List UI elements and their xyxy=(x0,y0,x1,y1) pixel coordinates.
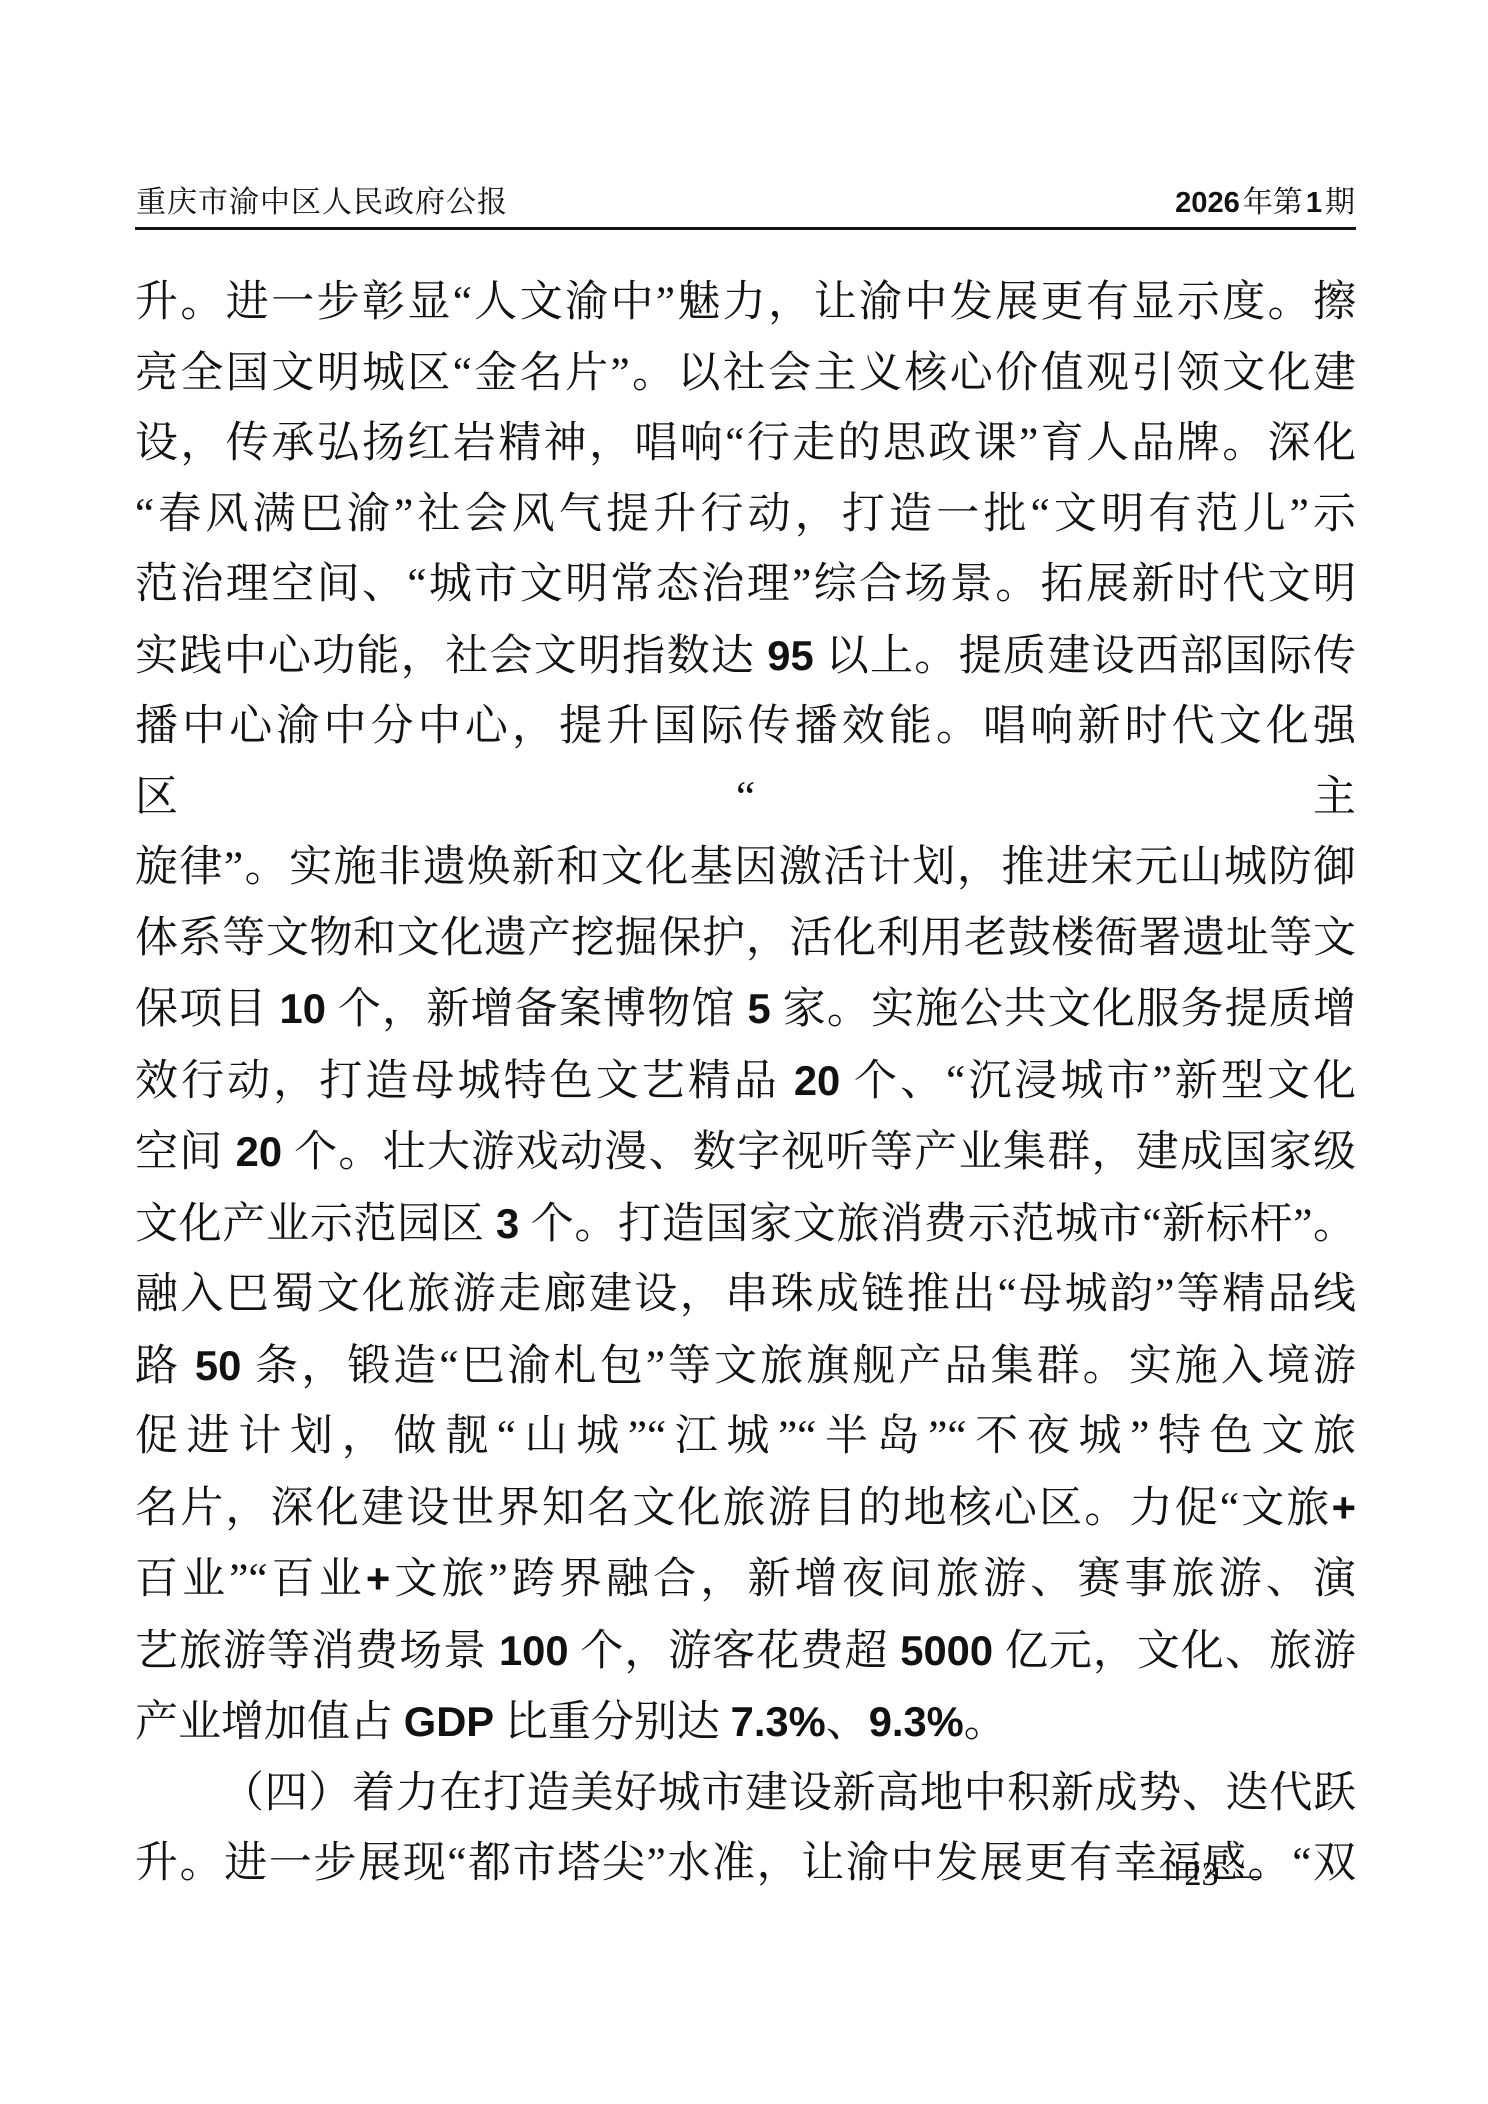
body-line: 范治理空间、“城市文明常态治理”综合场景。拓展新时代文明 xyxy=(135,550,1356,621)
body-line: 百业”“百业+文旅”跨界融合，新增夜间旅游、赛事旅游、演 xyxy=(135,1544,1356,1616)
page-number: — 23 — xyxy=(135,1856,1356,1894)
body-line: 产业增加值占 GDP 比重分别达 7.3%、9.3%。 xyxy=(135,1687,1356,1759)
body-line: 空间 20 个。壮大游戏动漫、数字视听等产业集群，建成国家级 xyxy=(135,1117,1356,1189)
body-line: 路 50 条，锻造“巴渝札包”等文旅旗舰产品集群。实施入境游 xyxy=(135,1331,1356,1403)
body-line: 艺旅游等消费场景 100 个，游客花费超 5000 亿元，文化、旅游 xyxy=(135,1616,1356,1688)
body-text: 升。进一步彰显“人文渝中”魅力，让渝中发展更有显示度。擦亮全国文明城区“金名片”… xyxy=(135,268,1356,1900)
body-line: 旋律”。实施非遗焕新和文化基因激活计划，推进宋元山城防御 xyxy=(135,833,1356,904)
body-line: 体系等文物和文化遗产挖掘保护，活化利用老鼓楼衙署遗址等文 xyxy=(135,904,1356,975)
body-line: 效行动，打造母城特色文艺精品 20 个、“沉浸城市”新型文化 xyxy=(135,1046,1356,1118)
body-line: 名片，深化建设世界知名文化旅游目的地核心区。力促“文旅+ xyxy=(135,1473,1356,1545)
body-line: 升。进一步彰显“人文渝中”魅力，让渝中发展更有显示度。擦 xyxy=(135,268,1356,339)
body-line: 融入巴蜀文化旅游走廊建设，串珠成链推出“母城韵”等精品线 xyxy=(135,1260,1356,1331)
body-line: 促进计划，做靓“山城”“江城”“半岛”“不夜城”特色文旅 xyxy=(135,1402,1356,1473)
body-line: 设，传承弘扬红岩精神，唱响“行走的思政课”育人品牌。深化 xyxy=(135,409,1356,480)
body-line: （四）着力在打造美好城市建设新高地中积新成势、迭代跃 xyxy=(135,1759,1356,1830)
issue-label: 2026年第1期 xyxy=(1172,184,1355,222)
body-line: 实践中心功能，社会文明指数达 95 以上。提质建设西部国际传 xyxy=(135,621,1356,693)
body-line: “春风满巴渝”社会风气提升行动，打造一批“文明有范儿”示 xyxy=(135,480,1356,551)
body-line: 亮全国文明城区“金名片”。以社会主义核心价值观引领文化建 xyxy=(135,339,1356,410)
gazette-title: 重庆市渝中区人民政府公报 xyxy=(136,184,508,222)
body-line: 播中心渝中分中心，提升国际传播效能。唱响新时代文化强区“主 xyxy=(135,692,1356,833)
document-page: 重庆市渝中区人民政府公报 2026年第1期 升。进一步彰显“人文渝中”魅力，让渝… xyxy=(0,0,1488,2104)
body-line: 保项目 10 个，新增备案博物馆 5 家。实施公共文化服务提质增 xyxy=(135,974,1356,1046)
body-line: 文化产业示范园区 3 个。打造国家文旅消费示范城市“新标杆”。 xyxy=(135,1189,1356,1261)
header-divider xyxy=(135,227,1356,230)
